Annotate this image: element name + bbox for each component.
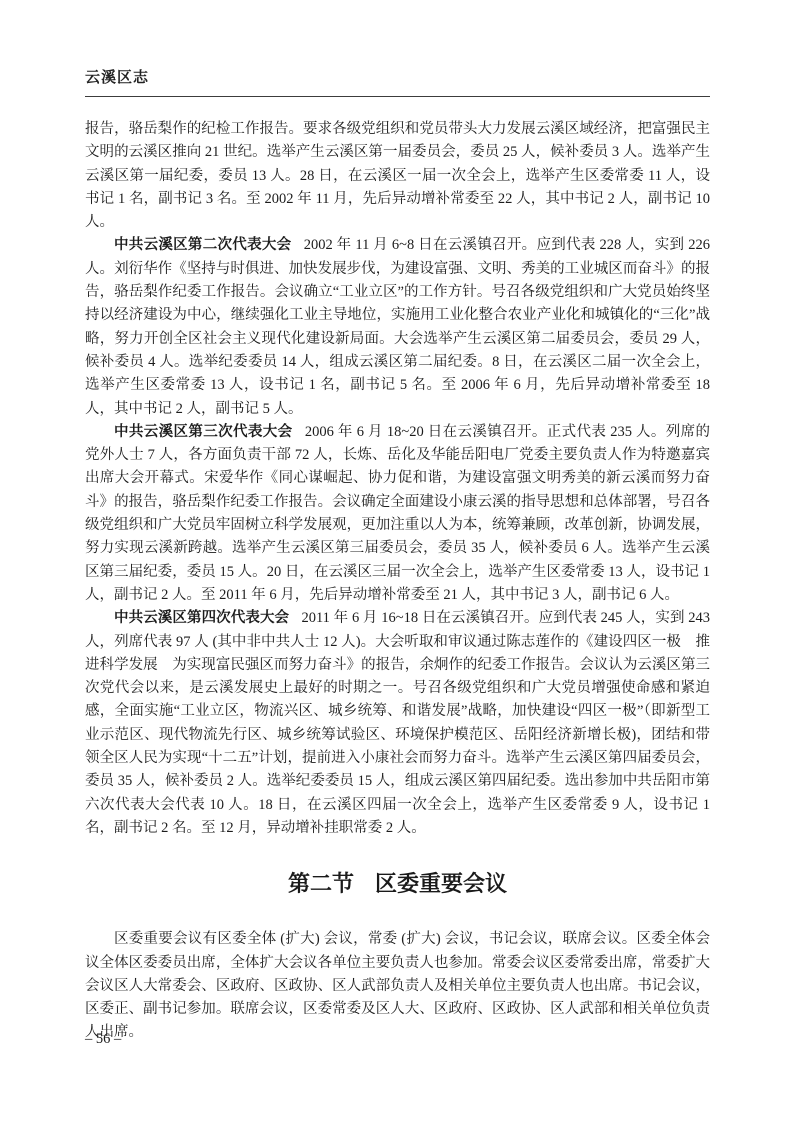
page-number: – 56 – [85, 1031, 121, 1048]
paragraph-text: 2011 年 6 月 16~18 日在云溪镇召开。应到代表 245 人，实到 2… [85, 610, 710, 836]
paragraph-continuation: 报告，骆岳梨作的纪检工作报告。要求各级党组织和党员带头大力发展云溪区域经济，把富… [85, 118, 710, 234]
paragraph-section-intro: 区委重要会议有区委全体 (扩大) 会议，常委 (扩大) 会议，书记会议，联席会议… [85, 928, 710, 1044]
paragraph-congress-2: 中共云溪区第二次代表大会2002 年 11 月 6~8 日在云溪镇召开。应到代表… [85, 234, 710, 420]
section-number: 第二节 [288, 871, 354, 896]
book-title: 云溪区志 [85, 69, 149, 86]
body-text: 报告，骆岳梨作的纪检工作报告。要求各级党组织和党员带头大力发展云溪区域经济，把富… [85, 118, 710, 840]
paragraph-lead: 中共云溪区第三次代表大会 [114, 424, 293, 440]
paragraph-text: 报告，骆岳梨作的纪检工作报告。要求各级党组织和党员带头大力发展云溪区域经济，把富… [85, 121, 710, 230]
running-header: 云溪区志 [85, 0, 710, 97]
section-heading: 第二节区委重要会议 [85, 867, 710, 898]
paragraph-text: 2002 年 11 月 6~8 日在云溪镇召开。应到代表 228 人，实到 22… [85, 237, 710, 416]
paragraph-text: 2006 年 6 月 18~20 日在云溪镇召开。正式代表 235 人。列席的党… [85, 424, 710, 603]
paragraph-congress-4: 中共云溪区第四次代表大会2011 年 6 月 16~18 日在云溪镇召开。应到代… [85, 607, 710, 840]
section-title: 区委重要会议 [375, 871, 507, 896]
document-page: 云溪区志 报告，骆岳梨作的纪检工作报告。要求各级党组织和党员带头大力发展云溪区域… [0, 0, 793, 1122]
paragraph-lead: 中共云溪区第四次代表大会 [114, 610, 289, 626]
paragraph-congress-3: 中共云溪区第三次代表大会2006 年 6 月 18~20 日在云溪镇召开。正式代… [85, 421, 710, 607]
section-body: 区委重要会议有区委全体 (扩大) 会议，常委 (扩大) 会议，书记会议，联席会议… [85, 928, 710, 1044]
paragraph-lead: 中共云溪区第二次代表大会 [114, 237, 291, 253]
paragraph-text: 区委重要会议有区委全体 (扩大) 会议，常委 (扩大) 会议，书记会议，联席会议… [85, 931, 710, 1040]
